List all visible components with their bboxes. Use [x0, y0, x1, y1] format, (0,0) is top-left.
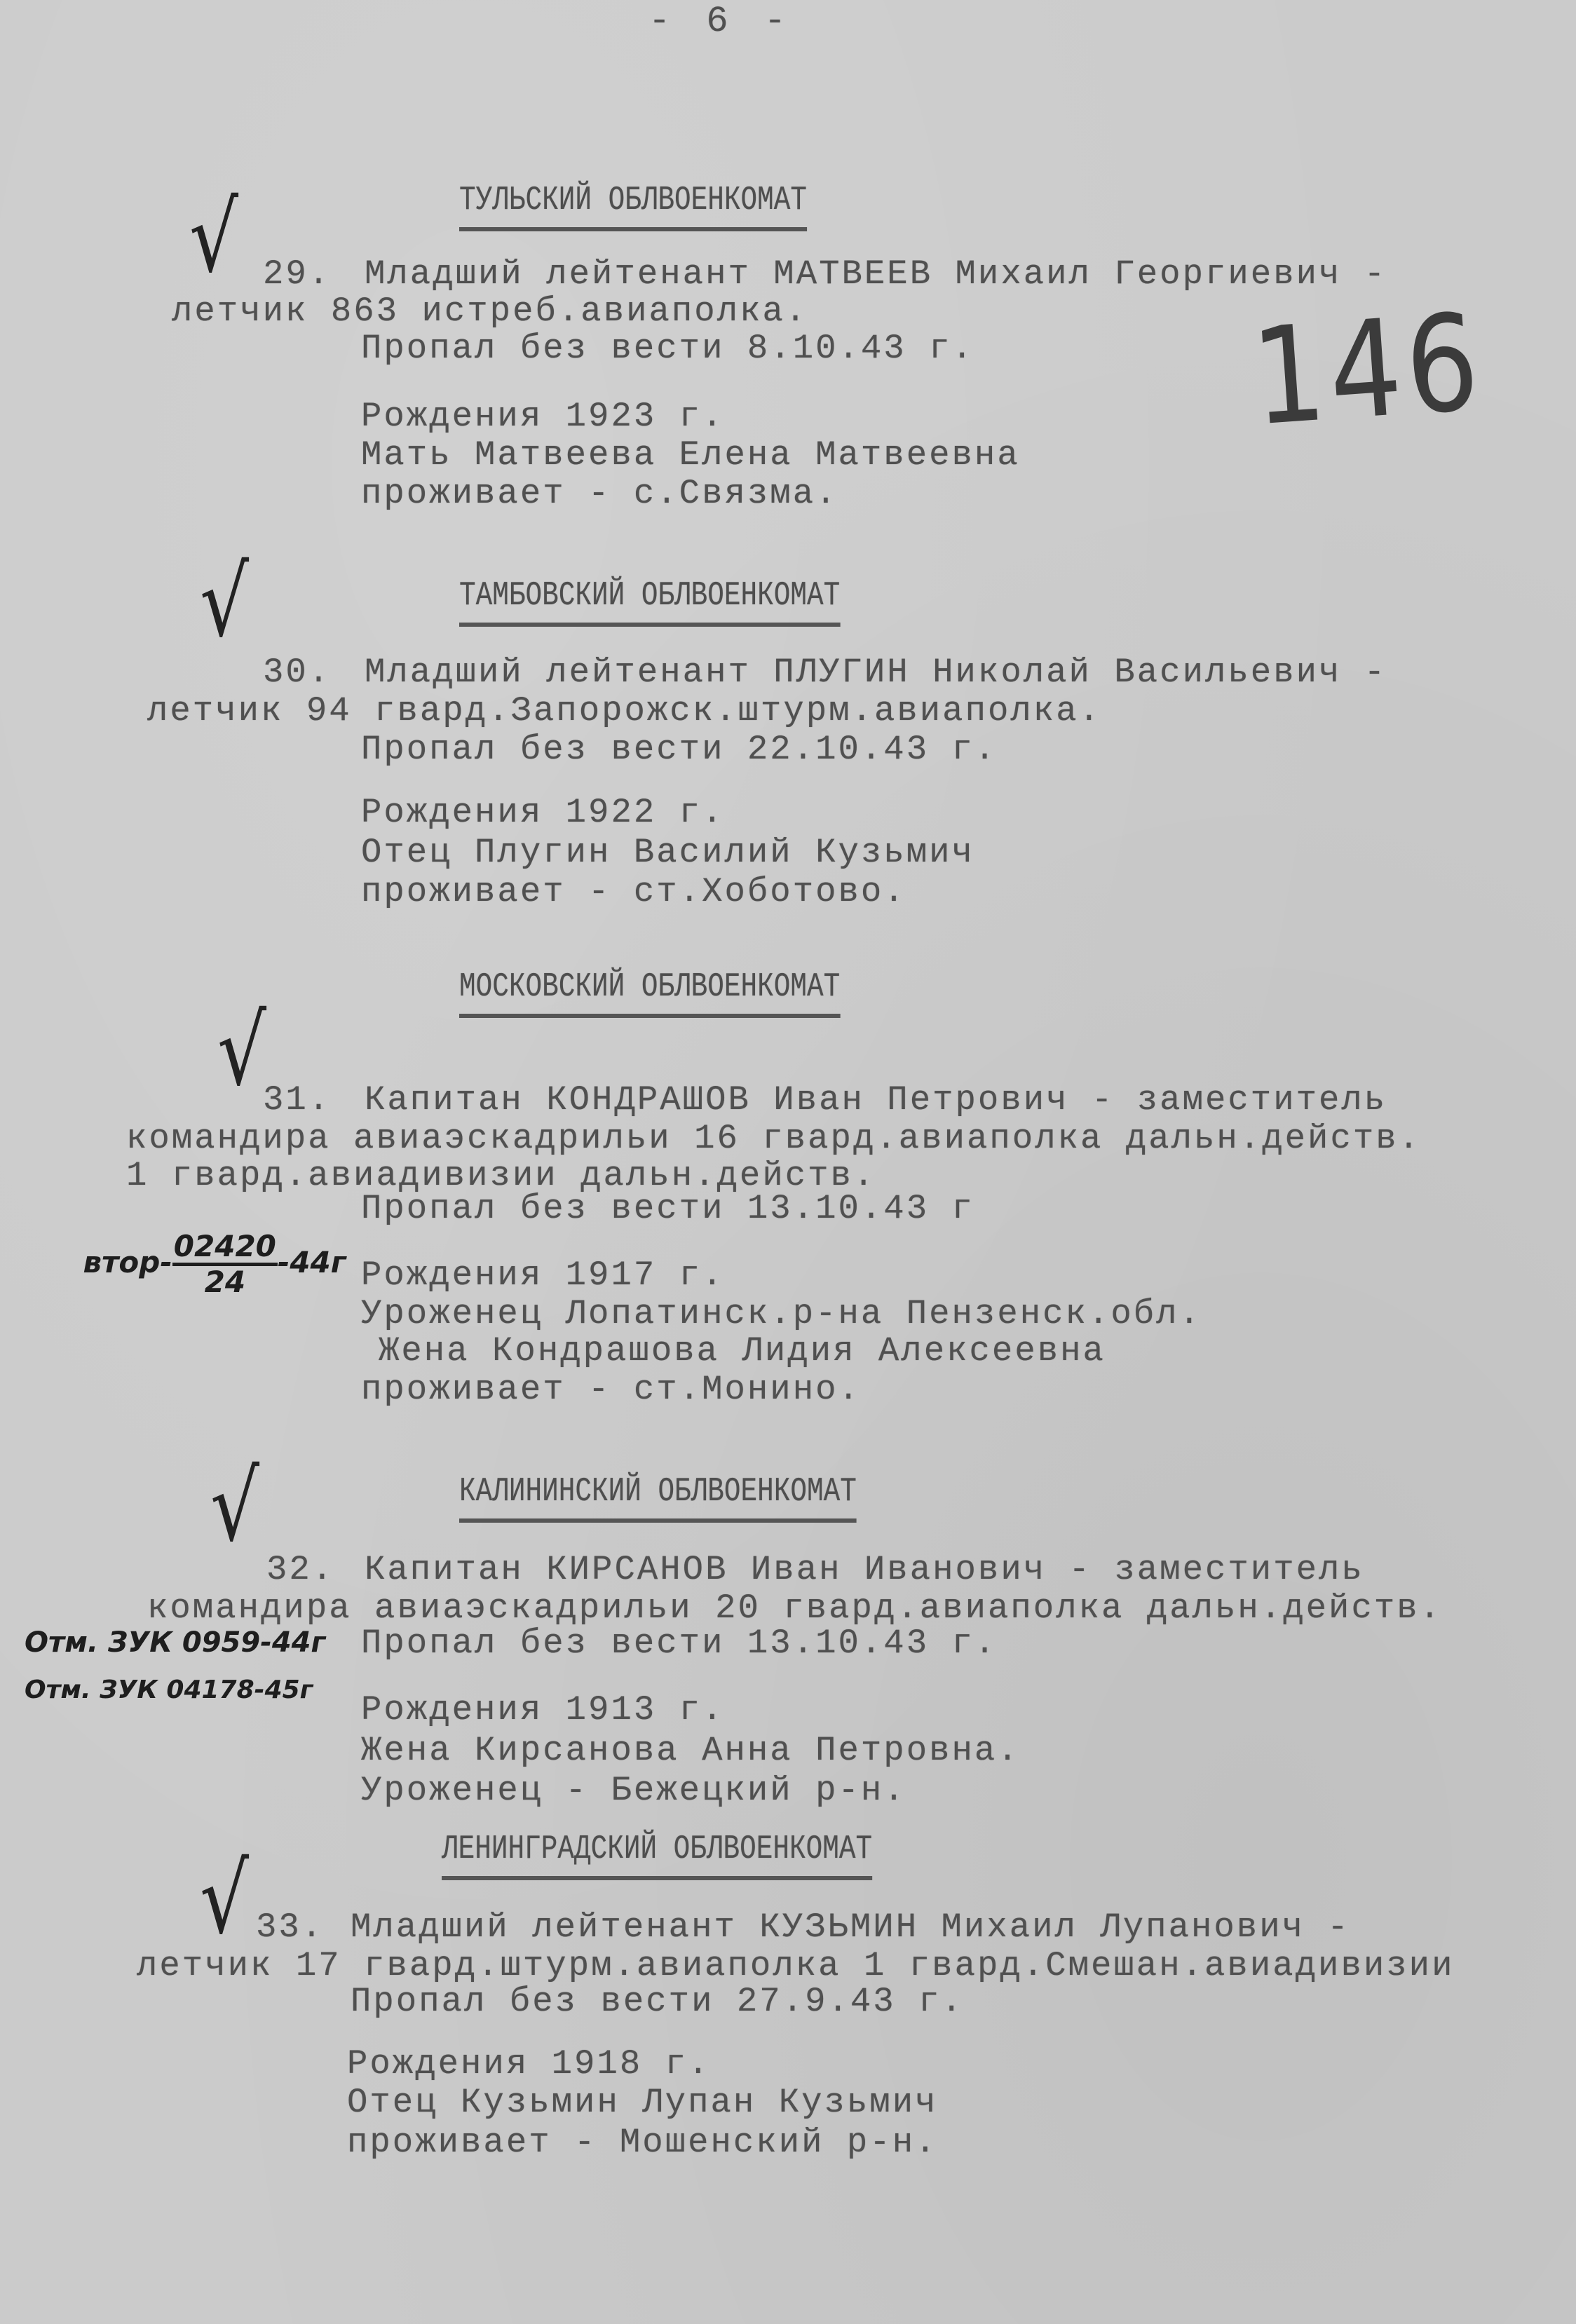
- entry-31-line1: Капитан КОНДРАШОВ Иван Петрович - замест…: [365, 1080, 1387, 1120]
- entry-33-number: 33.: [256, 1907, 324, 1948]
- margin-note-denominator: 24: [172, 1266, 278, 1298]
- entry-29-line1: Младший лейтенант МАТВЕЕВ Михаил Георгие…: [365, 254, 1387, 294]
- check-mark-icon: √: [200, 554, 249, 651]
- section-heading-leningrad: ЛЕНИНГРАДСКИЙ ОБЛВОЕНКОМАТ: [442, 1830, 872, 1880]
- entry-31-relative: Жена Кондрашова Лидия Алексеевна: [379, 1331, 1106, 1371]
- margin-note-suffix: -44г: [278, 1245, 346, 1279]
- entry-32-number: 32.: [266, 1549, 334, 1590]
- entry-29-number: 29.: [263, 254, 331, 294]
- entry-33-line2: летчик 17 гвард.штурм.авиаполка 1 гвард.…: [137, 1945, 1454, 1986]
- entry-32-relative: Жена Кирсанова Анна Петровна.: [361, 1730, 1020, 1771]
- entry-32-born: Рождения 1913 г.: [361, 1690, 724, 1730]
- check-mark-icon: √: [200, 1851, 249, 1948]
- entry-30-line2: летчик 94 гвард.Запорожск.штурм.авиаполк…: [147, 691, 1101, 731]
- margin-note-numerator: 02420: [172, 1230, 278, 1266]
- entry-30-number: 30.: [263, 652, 331, 693]
- entry-31-origin: Уроженец Лопатинск.р-на Пензенск.обл.: [361, 1293, 1202, 1334]
- entry-32-origin: Уроженец - Бежецкий р-н.: [361, 1770, 906, 1811]
- entry-33-missing: Пропал без вести 27.9.43 г.: [351, 1981, 964, 2022]
- entry-29-born: Рождения 1923 г.: [361, 396, 724, 437]
- entry-29-missing: Пропал без вести 8.10.43 г.: [361, 328, 974, 369]
- page-number: - 6 -: [648, 1, 793, 42]
- entry-33-relative: Отец Кузьмин Лупан Кузьмич: [347, 2082, 938, 2123]
- entry-33-born: Рождения 1918 г.: [347, 2044, 710, 2084]
- entry-32-line1: Капитан КИРСАНОВ Иван Иванович - замести…: [365, 1549, 1364, 1590]
- entry-31-missing: Пропал без вести 13.10.43 г: [361, 1188, 974, 1229]
- entry-32-missing: Пропал без вести 13.10.43 г.: [361, 1623, 997, 1664]
- check-mark-icon: √: [210, 1458, 259, 1555]
- section-heading-kalinin: КАЛИНИНСКИЙ ОБЛВОЕНКОМАТ: [459, 1472, 857, 1523]
- entry-30-born: Рождения 1922 г.: [361, 792, 724, 833]
- entry-30-relative: Отец Плугин Василий Кузьмич: [361, 832, 974, 873]
- section-heading-moscow: МОСКОВСКИЙ ОБЛВОЕНКОМАТ: [459, 967, 840, 1018]
- document-page: - 6 - 146 √ ТУЛЬСКИЙ ОБЛВОЕНКОМАТ 29. Мл…: [0, 0, 1576, 2324]
- entry-30-missing: Пропал без вести 22.10.43 г.: [361, 729, 997, 770]
- margin-note-fraction: 0242024: [172, 1230, 278, 1298]
- entry-29-line2: летчик 863 истреб.авиаполка.: [172, 291, 808, 332]
- margin-note-handwritten-1: Отм. ЗУК 0959-44г: [25, 1625, 325, 1660]
- entry-31-born: Рождения 1917 г.: [361, 1255, 724, 1296]
- margin-note-handwritten-2: Отм. ЗУК 04178-45г: [25, 1674, 313, 1706]
- archive-sheet-number-handwritten: 146: [1248, 292, 1488, 448]
- entry-30-residence: проживает - ст.Хоботово.: [361, 871, 906, 912]
- margin-note-handwritten: втор-0242024-44г: [42, 1195, 346, 1333]
- entry-31-line2: командира авиаэскадрильи 16 гвард.авиапо…: [126, 1118, 1421, 1159]
- margin-note-prefix: втор-: [83, 1245, 172, 1279]
- entry-29-residence: проживает - с.Связма.: [361, 473, 838, 514]
- check-mark-icon: √: [217, 1003, 266, 1099]
- entry-33-residence: проживает - Мошенский р-н.: [347, 2122, 938, 2163]
- section-heading-tula: ТУЛЬСКИЙ ОБЛВОЕНКОМАТ: [459, 181, 807, 231]
- check-mark-icon: √: [189, 189, 238, 286]
- entry-31-residence: проживает - ст.Монино.: [361, 1369, 861, 1410]
- entry-31-number: 31.: [263, 1080, 331, 1120]
- entry-33-line1: Младший лейтенант КУЗЬМИН Михаил Лупанов…: [351, 1907, 1350, 1948]
- entry-30-line1: Младший лейтенант ПЛУГИН Николай Василье…: [365, 652, 1387, 693]
- section-heading-tambov: ТАМБОВСКИЙ ОБЛВОЕНКОМАТ: [459, 576, 840, 627]
- entry-29-relative: Мать Матвеева Елена Матвеевна: [361, 435, 1020, 475]
